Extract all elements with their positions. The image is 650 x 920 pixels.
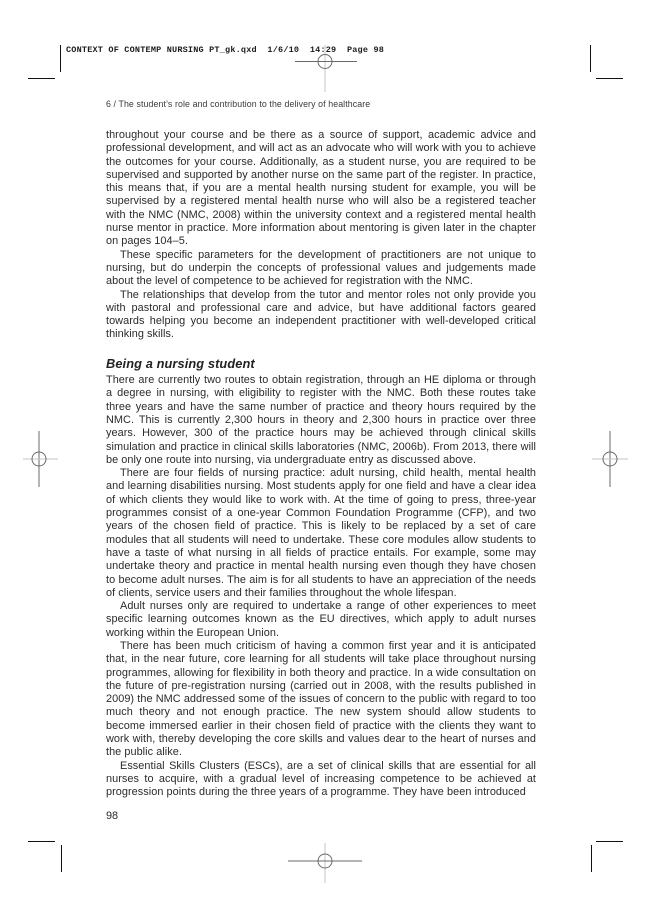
running-head: 6 / The student’s role and contribution … bbox=[106, 99, 536, 109]
crop-mark-bottom-right-vertical bbox=[591, 845, 592, 872]
body-text: throughout your course and be there as a… bbox=[106, 129, 536, 800]
crop-mark-top-left-horizontal bbox=[28, 78, 55, 79]
crop-mark-top-right-vertical bbox=[590, 45, 591, 72]
paragraph: These specific parameters for the develo… bbox=[106, 249, 536, 289]
text-column: 6 / The student’s role and contribution … bbox=[106, 99, 536, 800]
paragraph: The relationships that develop from the … bbox=[106, 289, 536, 342]
registration-mark-right-icon bbox=[585, 424, 637, 494]
crop-mark-bottom-left-vertical bbox=[61, 845, 62, 872]
page-number: 98 bbox=[106, 810, 118, 822]
paragraph: There are currently two routes to obtain… bbox=[106, 374, 536, 467]
crop-mark-top-right-horizontal bbox=[596, 78, 623, 79]
paragraph: Adult nurses only are required to undert… bbox=[106, 600, 536, 640]
section-heading: Being a nursing student bbox=[106, 357, 536, 370]
scanned-book-page: CONTEXT OF CONTEMP NURSING PT_gk.qxd 1/6… bbox=[0, 0, 650, 920]
crop-mark-bottom-right-horizontal bbox=[596, 841, 623, 842]
crop-mark-bottom-left-horizontal bbox=[28, 841, 55, 842]
registration-mark-bottom-icon bbox=[287, 840, 363, 886]
crop-mark-top-left-vertical bbox=[60, 45, 61, 72]
paragraph: Essential Skills Clusters (ESCs), are a … bbox=[106, 760, 536, 800]
registration-mark-left-icon bbox=[14, 424, 66, 494]
paragraph: There are four fields of nursing practic… bbox=[106, 467, 536, 600]
paragraph: There has been much criticism of having … bbox=[106, 640, 536, 760]
paragraph-continuation: throughout your course and be there as a… bbox=[106, 129, 536, 249]
slug-line: CONTEXT OF CONTEMP NURSING PT_gk.qxd 1/6… bbox=[66, 45, 384, 55]
